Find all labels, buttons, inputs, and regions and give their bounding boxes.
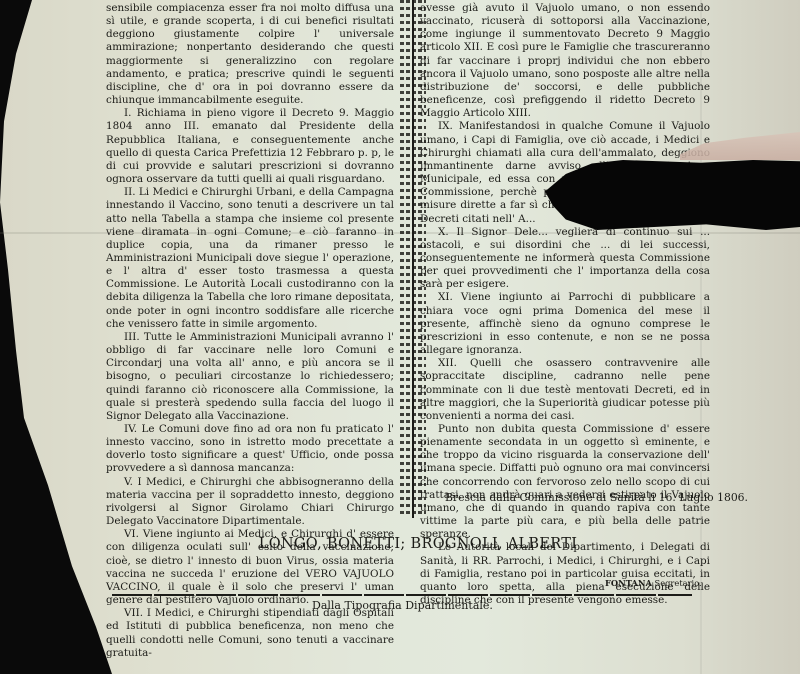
secretary-name: FONTANA (605, 578, 652, 588)
right-column: avesse già avuto il Vajuolo umano, o non… (420, 2, 710, 607)
paragraph: III. Tutte le Amministrazioni Municipali… (106, 331, 394, 423)
paragraph: XII. Quelli che osassero contravvenire a… (420, 357, 710, 423)
paragraph: X. Il Signor Dele... veglierà di continu… (420, 226, 710, 292)
paragraph: VII. I Medici, e Chirurghi stipendiati d… (106, 607, 394, 660)
paragraph: XI. Viene ingiunto ai Parrochi di pubbli… (420, 291, 710, 357)
left-column: sensibile compiacenza esser fra noi molt… (106, 2, 394, 660)
paragraph: IV. Le Comuni dove fino ad ora non fu pr… (106, 423, 394, 476)
date-line: Brescia dalla Commissione di Sanità li 1… (445, 491, 748, 504)
paragraph: Punto non dubita questa Commissione d' e… (420, 423, 710, 541)
secretary-signature: FONTANA Segretario. (605, 578, 702, 588)
signatories: LONGO, BONETTI; BROGNOLI, ALBERTI (0, 536, 800, 552)
ornamental-border-spine (412, 0, 414, 518)
secretary-title: Segretario. (655, 578, 702, 588)
printer-imprint: Dalla Tipografia Dipartimentale. (312, 599, 493, 612)
divider-rule (112, 594, 692, 596)
signatories-names: LONGO, BONETTI; BROGNOLI, ALBERTI (223, 536, 577, 552)
paragraph: I. Richiama in pieno vigore il Decreto 9… (106, 107, 394, 186)
paragraph: avesse già avuto il Vajuolo umano, o non… (420, 2, 710, 120)
paragraph: II. Li Medici e Chirurghi Urbani, e dell… (106, 186, 394, 331)
paragraph: V. I Medici, e Chirurghi che abbisognera… (106, 476, 394, 529)
paragraph: sensibile compiacenza esser fra noi molt… (106, 2, 394, 107)
ink-damage-blot (545, 160, 800, 230)
